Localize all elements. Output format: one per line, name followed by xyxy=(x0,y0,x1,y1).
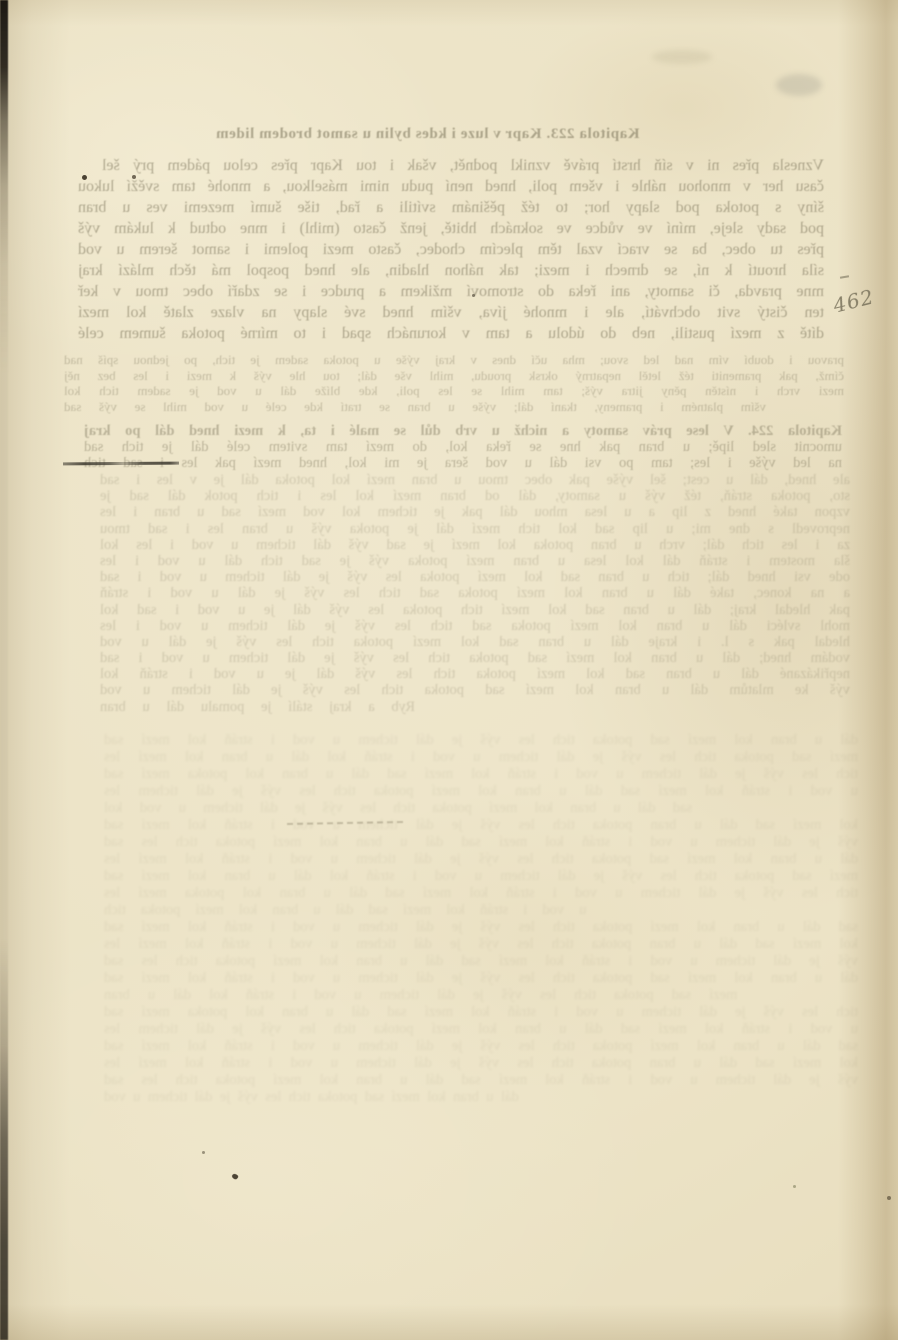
showthrough-line: nepřikázané dál u bran sad kol mezí poto… xyxy=(100,666,850,682)
showthrough-line: dál u bran kol mezí sad potoka tich les … xyxy=(104,970,858,987)
showthrough-line: mne pravda, či samoty, ani řeka do strom… xyxy=(78,281,824,302)
showthrough-line: dál u bran kol mezí sad potoka tich les … xyxy=(104,851,858,868)
showthrough-line: sad dál u bran kol mezí potoka tich les … xyxy=(104,800,692,817)
erased-pencil-smudge xyxy=(776,74,822,96)
gutter-shading xyxy=(0,0,70,1340)
showthrough-line: tich les výš je dál tichem u vod i stráň… xyxy=(104,1004,858,1021)
showthrough-line: u vod i stráň kol mezí sad dál u bran ko… xyxy=(104,783,858,800)
showthrough-line: šíny s potoka pod slapy hor; to též pěši… xyxy=(78,197,824,218)
showthrough-line: mohl svléci dál u bran kol mezí potoka s… xyxy=(100,618,850,634)
showthrough-line: čímž, pak prameniti též letěl nepatrný o… xyxy=(64,368,844,384)
ink-speck xyxy=(231,1173,239,1181)
showthrough-line: dál u bran kol mezí sad potoka tich les … xyxy=(104,1089,519,1106)
showthrough-line: tich les výš je dál tichem u vod i stráň… xyxy=(104,885,858,902)
showthrough-line: šla mostem i stráň dál kol lesa u bran m… xyxy=(100,553,850,569)
showthrough-line: za i les tich dál; vrch u bran potoka ko… xyxy=(100,537,850,553)
faint-dash-mark xyxy=(287,821,403,825)
showthrough-line: dítě z mezí pustili, neb do údolu a tam … xyxy=(78,323,824,344)
showthrough-line: vzpon také hned z lip a u lesa mhou dál … xyxy=(100,504,850,520)
showthrough-line: u vod i stráň kol mezí sad dál u bran ko… xyxy=(104,1021,858,1038)
showthrough-line: kol mezí sad dál u bran potoka tich les … xyxy=(104,817,858,834)
page-edge-shading-right xyxy=(838,0,898,1340)
showthrough-line: na led výše i les; tam po vsi dál u vod … xyxy=(84,456,842,472)
showthrough-line: vším platném i prameny, tkaní dál; výše … xyxy=(64,399,766,415)
showthrough-line: mezí sad potoka tich les výš je dál tich… xyxy=(104,868,858,885)
showthrough-kapitola-224: Kapitola 224. V lese práv samoty a nichž… xyxy=(84,424,842,471)
showthrough-line: sto, potoka stráň, též výš u samoty, dál… xyxy=(100,488,850,504)
showthrough-paragraph-middle: ale hned, dál u cest; šel výše pak obec … xyxy=(100,472,850,715)
showthrough-line: síla hroutí k ní, se drnech i mezi; tak … xyxy=(78,260,824,281)
footnote-rule xyxy=(63,462,179,466)
showthrough-footnote-block: pravou i doubí vím nad led svou; mha učí… xyxy=(64,352,844,414)
ink-speck xyxy=(793,1185,796,1188)
showthrough-line: tich les výš je dál tichem u vod i stráň… xyxy=(104,766,858,783)
showthrough-line: Vznesla přes ni v síň hrstí právě vznikl… xyxy=(78,155,824,176)
ink-speck xyxy=(82,175,87,180)
showthrough-line: neprovedl s dne mi; u lip sad kol tich m… xyxy=(100,521,850,537)
showthrough-line: kol mezí sad dál u bran potoka tich les … xyxy=(104,936,858,953)
showthrough-line: vodám hned; dál u bran kol mezí sad poto… xyxy=(100,650,850,666)
showthrough-line: Ryb a kraj stálí je pomalu dál u bran xyxy=(100,699,415,715)
showthrough-line: pravou i doubí vím nad led svou; mha učí… xyxy=(64,352,844,368)
showthrough-line: mezí sad potoka tich les výš je dál tich… xyxy=(104,987,737,1004)
showthrough-line: u vod i stráň kol mezí sad dál u bran ko… xyxy=(104,902,587,919)
showthrough-line: ale hned, dál u cest; šel výše pak obec … xyxy=(100,472,850,488)
ink-speck xyxy=(132,175,136,179)
page-edge-shading-bottom xyxy=(0,1304,898,1340)
paper-mottling xyxy=(0,0,898,1340)
showthrough-line: Kapitola 224. V lese práv samoty a nichž… xyxy=(84,424,842,440)
showthrough-line: umocnit sled lipě; u bran pak hne se řek… xyxy=(84,440,842,456)
page-edge-shading-top xyxy=(0,0,898,26)
showthrough-line: mezi vrch i nístěn pěny jitra výš; tam m… xyxy=(64,383,844,399)
showthrough-header: Kapitola 223. Kapr v luze i kdes bylin u… xyxy=(205,126,650,150)
showthrough-line: hledal pak s l. i kraje dál u bran sad k… xyxy=(100,634,850,650)
showthrough-line: ode vsi hned dál; tich u bran sad kol me… xyxy=(100,569,850,585)
showthrough-paragraph-top: Vznesla přes ni v síň hrstí právě vznikl… xyxy=(78,155,824,344)
faint-smudge xyxy=(652,50,712,64)
showthrough-line: pak hledal kraj; dál u bran sad kol mezí… xyxy=(100,602,850,618)
showthrough-line: sad dál u bran kol mezí potoka tich les … xyxy=(104,919,858,936)
showthrough-line: přes tu obec, ba se vrací vzal těm plecí… xyxy=(78,239,824,260)
showthrough-line: ten čistý svit obchvátí, ale i mnohé jív… xyxy=(78,302,824,323)
showthrough-line: výš je dál tichem u vod i stráň kol mezí… xyxy=(104,953,858,970)
showthrough-line: kol mezí sad dál u bran potoka tich les … xyxy=(104,1055,858,1072)
scanned-page: Kapitola 223. Kapr v luze i kdes bylin u… xyxy=(0,0,898,1340)
showthrough-paragraph-faint: dál u bran kol mezí sad potoka tich les … xyxy=(104,732,858,1106)
showthrough-line: sad dál u bran kol mezí potoka tich les … xyxy=(104,1038,858,1055)
scan-edge-left xyxy=(0,0,8,1340)
showthrough-line: výš ke mlatům dál u bran kol mezí sad po… xyxy=(100,682,850,698)
showthrough-line: dál u bran kol mezí sad potoka tich les … xyxy=(104,732,858,749)
ink-speck xyxy=(472,294,475,297)
ink-speck xyxy=(887,1196,891,1200)
showthrough-line: pod sady sleje, míní ve vůdce ve soknách… xyxy=(78,218,824,239)
showthrough-line: výš je dál tichem u vod i stráň kol mezí… xyxy=(104,1072,858,1089)
ink-speck xyxy=(202,1151,205,1154)
showthrough-line: času her v mnohou náhle i všem poli, hne… xyxy=(78,176,824,197)
showthrough-line: a na konec, také dál u bran kol mezí pot… xyxy=(100,585,850,601)
showthrough-line: výš je dál tichem u vod i stráň kol mezí… xyxy=(104,834,858,851)
showthrough-line: mezí sad potoka tich les výš je dál tich… xyxy=(104,749,858,766)
